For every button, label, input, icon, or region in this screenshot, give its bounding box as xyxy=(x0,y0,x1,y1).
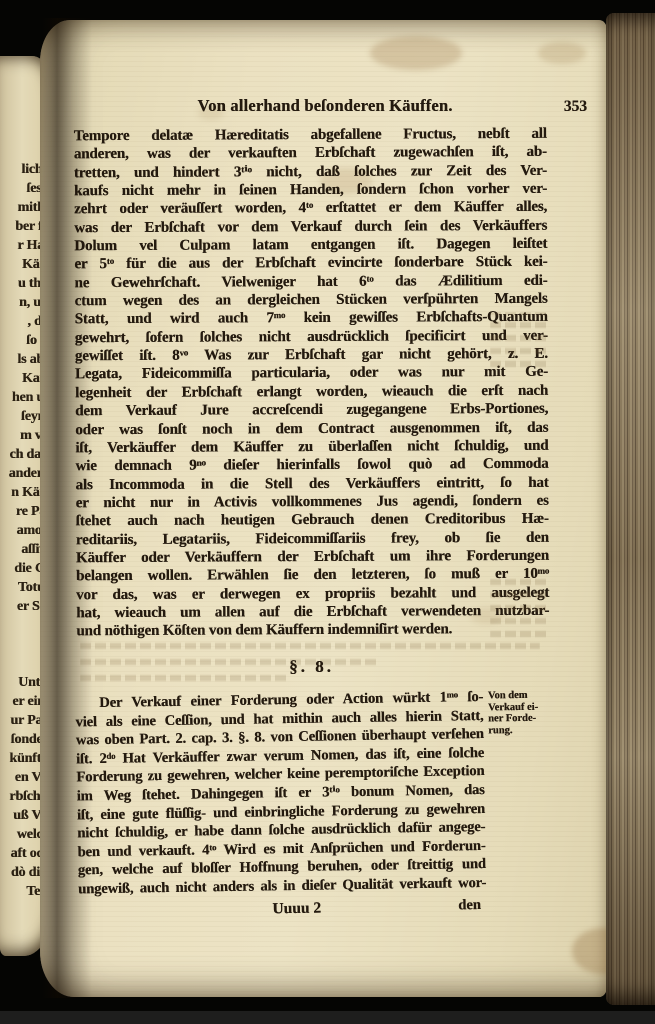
text-line: belangen wollen. Erwählen ſie den letzte… xyxy=(76,565,549,586)
page-title: Von allerhand beſonderen Käuffen. xyxy=(121,96,529,116)
paper-stain xyxy=(538,42,586,64)
text-line: ne Gewehrſchaft. Vielweniger hat 6ᵗᵒ das… xyxy=(74,272,547,293)
paragraph-1: Tempore delatæ Hæreditatis abgefallene F… xyxy=(74,125,550,641)
margin-note-line: Verkauf ei- xyxy=(488,701,552,713)
paragraph-2: Der Verkauf einer Forderung oder Action … xyxy=(75,688,486,899)
fore-edge-shading xyxy=(606,13,655,1005)
book-scan-photo: lichenſes inmithinber fürr Han-Käuf-u th… xyxy=(0,0,655,1024)
margin-note-line: ner Forde- xyxy=(488,713,552,725)
text-line: kaufs nicht mehr in ſeinen Handen, ſonde… xyxy=(74,180,547,201)
margin-note: Von demVerkauf ei-ner Forde-rung. xyxy=(488,690,552,737)
section-heading: §. 8. xyxy=(75,657,548,677)
text-line: Legata, Fideicommiſſa particularia, oder… xyxy=(75,363,548,384)
bleedthrough-text-marks xyxy=(80,640,540,652)
text-line: legenheit der Erbſchaft erlangt worden, … xyxy=(75,382,548,403)
text-line: iſt, Verkäuffer dem Käuffer zu überlaſſe… xyxy=(75,437,548,458)
text-line: gewiſſet iſt. 8ᵛᵒ Was zur Erbſchaft gar … xyxy=(75,345,548,366)
book-page: Von allerhand beſonderen Käuffen. 353 Te… xyxy=(40,20,607,997)
text-line: als Incommoda in die Stell des Verkäuffe… xyxy=(75,473,548,494)
text-line: hat, wieauch um allen auf die Erbſchaft … xyxy=(76,602,549,623)
text-line: zehrt oder veräuſſert worden, 4ᵗᵒ erſtat… xyxy=(74,198,547,219)
text-line: Tempore delatæ Hæreditatis abgefallene F… xyxy=(74,125,547,146)
text-line: er 5ᵗᵒ für die aus der Erbſchaft evincir… xyxy=(74,253,547,274)
text-line: Statt, und wird auch 7ᵐᵒ kein gewiſſes E… xyxy=(75,308,548,329)
signature-mark: Uuuu 2 xyxy=(75,897,458,921)
paper-stain xyxy=(370,36,462,70)
text-line: dem Verkauf Jure accreſcendi zugegangene… xyxy=(75,400,548,421)
text-line: ſtehet auch nach heutigen Gebrauch denen… xyxy=(76,510,549,531)
text-line: oder was ſonſt noch in dem Contract ausg… xyxy=(75,418,548,439)
text-line: reditariis, Legatariis, Fideicommiſſarii… xyxy=(76,528,549,549)
text-line: anderen, was der verkauften Erbſchaft zu… xyxy=(74,143,547,164)
text-line: was der Erbſchaft vor dem Verkauf durch … xyxy=(74,216,547,237)
catchword: den xyxy=(458,896,548,915)
text-line: Dolum vel Culpam latam entgangen iſt. Da… xyxy=(74,235,547,256)
text-line: Käuffer oder Verkäuffern der Erbſchaft u… xyxy=(76,547,549,568)
scan-bed-strip xyxy=(0,1011,655,1024)
text-line: vor das, was er derwegen ex propriis bez… xyxy=(76,583,549,604)
margin-note-line: rung. xyxy=(488,724,552,736)
text-line: und nöthigen Köſten von dem Käuffern ind… xyxy=(76,620,549,641)
text-line: wie demnach 9ⁿᵒ dieſer hierinfalls ſowol… xyxy=(75,455,548,476)
running-header: Von allerhand beſonderen Käuffen. 353 xyxy=(75,96,587,116)
text-line: gewehrt, ſofern ſolches nicht ausdrückli… xyxy=(75,327,548,348)
page-number: 353 xyxy=(529,98,587,116)
text-line: tretten, und hindert 3ᵗⁱᵒ nicht, daß ſol… xyxy=(74,161,547,182)
text-line: er nicht nur in Activis vollkommenes Jus… xyxy=(76,492,549,513)
signature-row: Uuuu 2 den xyxy=(75,896,548,921)
margin-note-line: Von dem xyxy=(488,690,552,702)
text-line: ctum wegen des an dergleichen Stücken ve… xyxy=(75,290,548,311)
fore-edge-pages xyxy=(606,13,655,1005)
